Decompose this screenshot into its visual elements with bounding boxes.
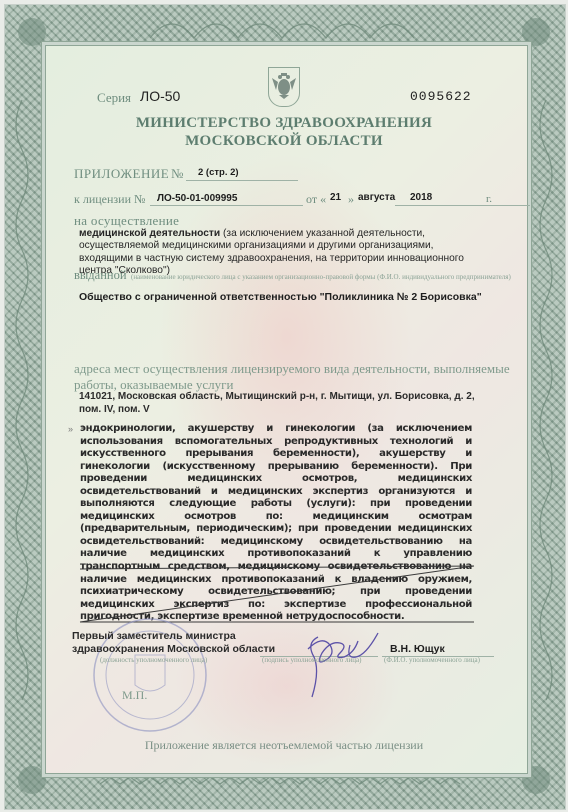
signer-position: Первый заместитель министра здравоохране… [72,630,275,656]
signer-name: В.Н. Ющук [390,643,445,655]
signer-position-line-2: здравоохранения Московской области [72,643,275,656]
handwritten-signature [290,625,380,705]
caption-position: (должность уполномоченного лица) [100,656,207,664]
stamp-label: М.П. [122,688,147,703]
footer-note: Приложение является неотъемлемой частью … [0,738,568,753]
caption-name: (Ф.И.О. уполномоченного лица) [384,656,480,664]
strike-through-lines [0,0,568,812]
caption-signature: (подпись уполномоченного лица) [262,656,361,664]
signer-position-line-1: Первый заместитель министра [72,630,275,643]
